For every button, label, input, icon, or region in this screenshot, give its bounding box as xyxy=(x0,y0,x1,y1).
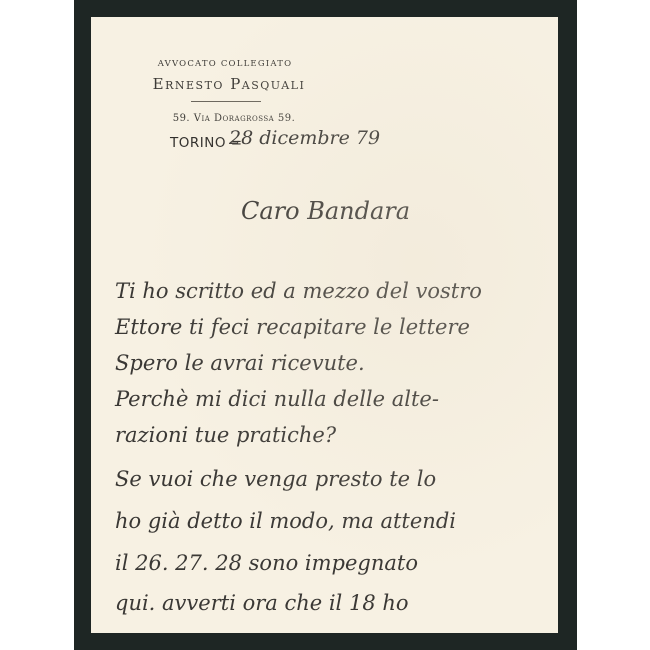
body-line: il 26. 27. 28 sono impegnato xyxy=(115,551,418,575)
body-line: Ettore ti feci recapitare le lettere xyxy=(115,315,470,339)
ornament-divider xyxy=(191,95,261,102)
handwritten-date: 28 dicembre 79 xyxy=(229,127,380,149)
body-line: Spero le avrai ricevute. xyxy=(115,351,365,375)
letterhead-title: AVVOCATO COLLEGIATO xyxy=(145,59,305,69)
letterhead-address: 59. Via Doragrossa 59. xyxy=(139,113,329,124)
body-line: ho già detto il modo, ma attendi xyxy=(115,509,456,533)
letter-page: AVVOCATO COLLEGIATO Ernesto Pasquali 59.… xyxy=(91,17,558,633)
body-line: Ti ho scritto ed a mezzo del vostro xyxy=(115,279,482,303)
body-line: Se vuoi che venga presto te lo xyxy=(115,467,436,491)
body-line: razioni tue pratiche? xyxy=(115,423,336,447)
body-line: Perchè mi dici nulla delle alte- xyxy=(115,387,439,411)
body-line: qui. avverti ora che il 18 ho xyxy=(115,591,409,615)
letterhead-name: Ernesto Pasquali xyxy=(129,75,329,93)
salutation: Caro Bandara xyxy=(241,197,410,225)
